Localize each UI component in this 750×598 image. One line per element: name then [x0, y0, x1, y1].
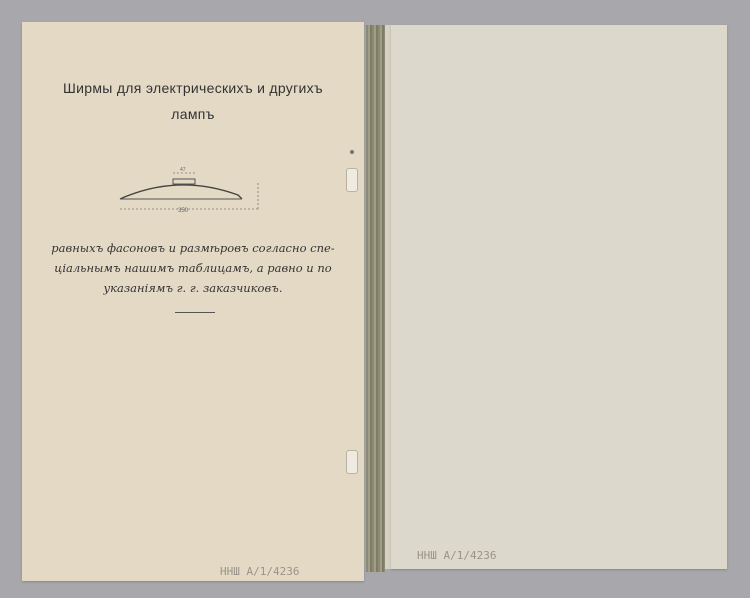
right-page: [391, 25, 727, 569]
page-title-line2: лампъ: [22, 106, 364, 122]
binding-hole: [350, 150, 354, 154]
divider-rule: [175, 312, 215, 313]
body-text: равныхъ фасоновъ и размѣровъ согласно сп…: [22, 238, 364, 298]
staple-top: [346, 168, 358, 192]
page-title: Ширмы для электрическихъ и другихъ: [22, 80, 364, 96]
inventory-stamp-left: ННШ А/1/4236: [220, 565, 299, 578]
lampshade-diagram: 47 350: [118, 167, 268, 217]
svg-text:350: 350: [178, 208, 189, 214]
left-page: Ширмы для электрическихъ и другихъ лампъ…: [22, 22, 364, 581]
staple-bottom: [346, 450, 358, 474]
book-spine: [366, 25, 385, 572]
inventory-stamp-right: ННШ А/1/4236: [417, 549, 496, 562]
svg-text:47: 47: [180, 167, 186, 173]
